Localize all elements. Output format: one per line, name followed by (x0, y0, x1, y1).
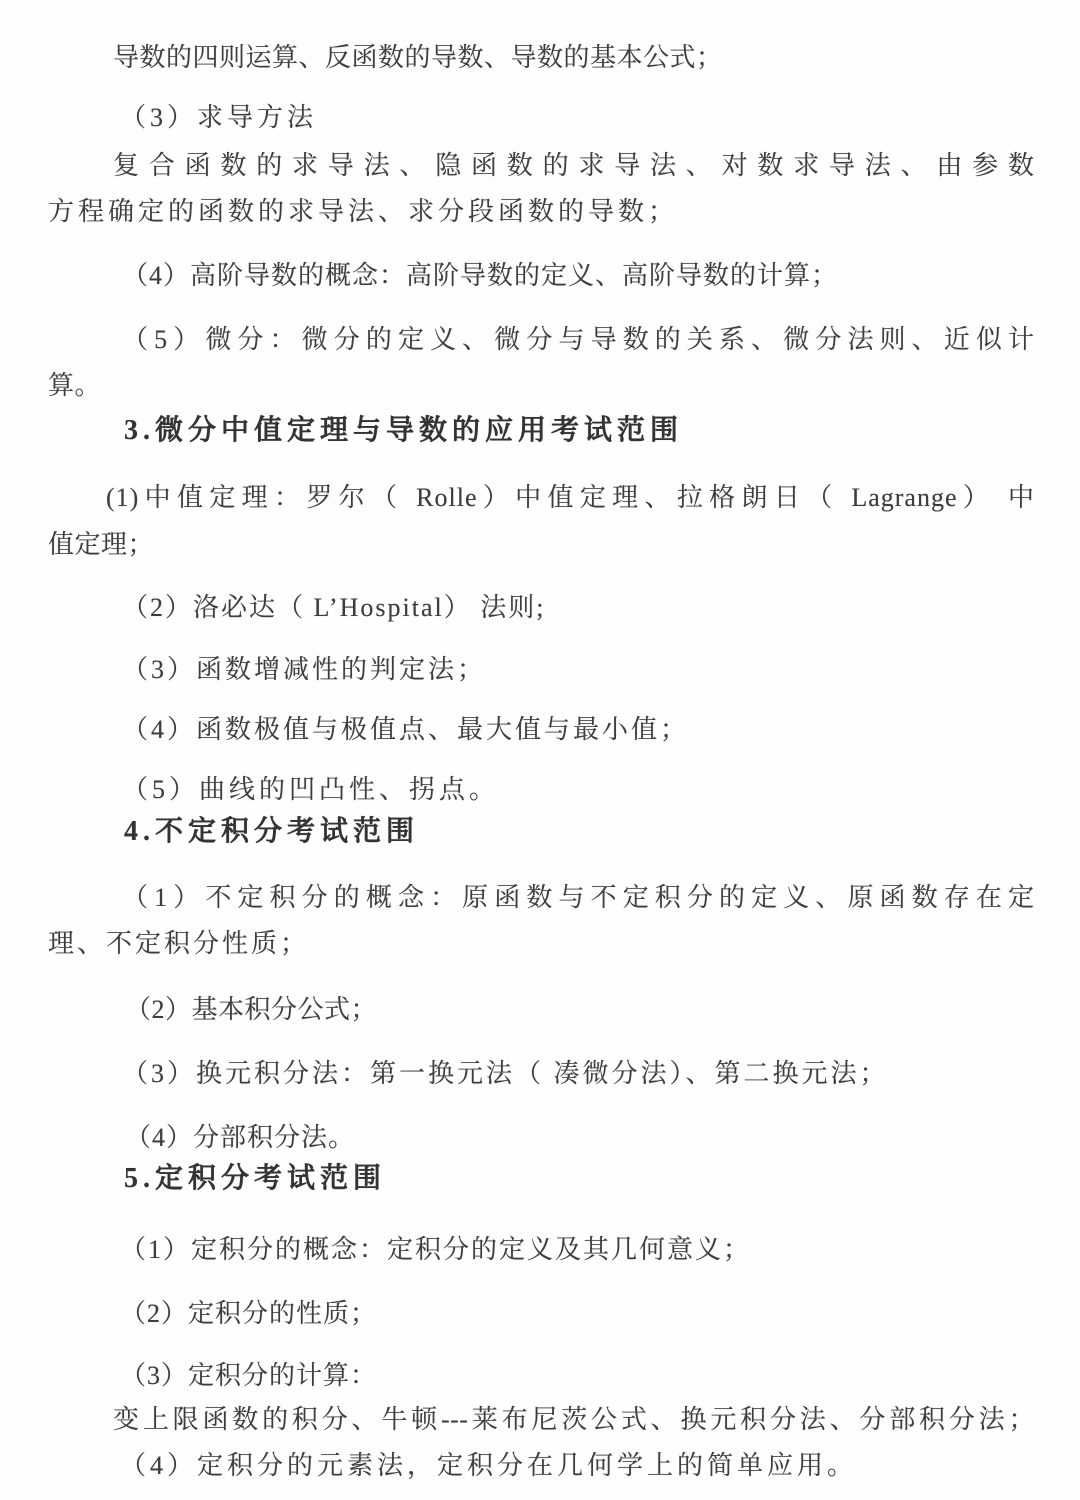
text-line: (1)中值定理：罗尔（ Rolle）中值定理、拉格朗日（ Lagrange） 中 (106, 480, 1035, 516)
text-line: 方程确定的函数的求导法、求分段函数的导数； (48, 194, 678, 230)
heading-section-5: 5.定积分考试范围 (124, 1161, 386, 1197)
text-line: 复合函数的求导法、隐函数的求导法、对数求导法、由参数 (113, 148, 1035, 184)
text-line: 导数的四则运算、反函数的导数、导数的基本公式； (113, 40, 723, 76)
text-line: （4）高阶导数的概念：高阶导数的定义、高阶导数的计算； (122, 258, 838, 294)
text-line: （4）函数极值与极值点、最大值与最小值； (122, 712, 689, 748)
text-line: 变上限函数的积分、牛顿---莱布尼茨公式、换元积分法、分部积分法； (113, 1402, 1035, 1438)
text-line: （4）分部积分法。 (125, 1120, 355, 1156)
text-line: （1）不定积分的概念：原函数与不定积分的定义、原函数存在定 (122, 880, 1035, 916)
heading-section-3: 3.微分中值定理与导数的应用考试范围 (124, 413, 683, 449)
text-line: 理、不定积分性质； (48, 926, 309, 962)
text-line: （1）定积分的概念：定积分的定义及其几何意义； (120, 1232, 751, 1268)
text-line: （3）函数增减性的判定法； (122, 652, 486, 688)
text-line: （3）定积分的计算： (120, 1358, 377, 1394)
text-line: （3）求导方法 (120, 100, 317, 136)
text-line: （2）洛必达（ L’Hospital） 法则; (122, 590, 545, 626)
document-page: 导数的四则运算、反函数的导数、导数的基本公式； （3）求导方法 复合函数的求导法… (0, 0, 1080, 1500)
text-line: （3）换元积分法：第一换元法（ 凑微分法）、第二换元法； (122, 1056, 889, 1092)
text-line: （2）定积分的性质； (120, 1296, 377, 1332)
text-line: （5）微分：微分的定义、微分与导数的关系、微分法则、近似计 (122, 322, 1035, 358)
text-line: （2）基本积分公式； (125, 992, 377, 1028)
text-line: 值定理； (48, 527, 154, 563)
text-line: 算。 (48, 368, 101, 404)
text-line: （4）定积分的元素法，定积分在几何学上的简单应用。 (120, 1448, 857, 1484)
heading-section-4: 4.不定积分考试范围 (124, 814, 419, 850)
text-line: （5）曲线的凹凸性、拐点。 (122, 772, 499, 808)
